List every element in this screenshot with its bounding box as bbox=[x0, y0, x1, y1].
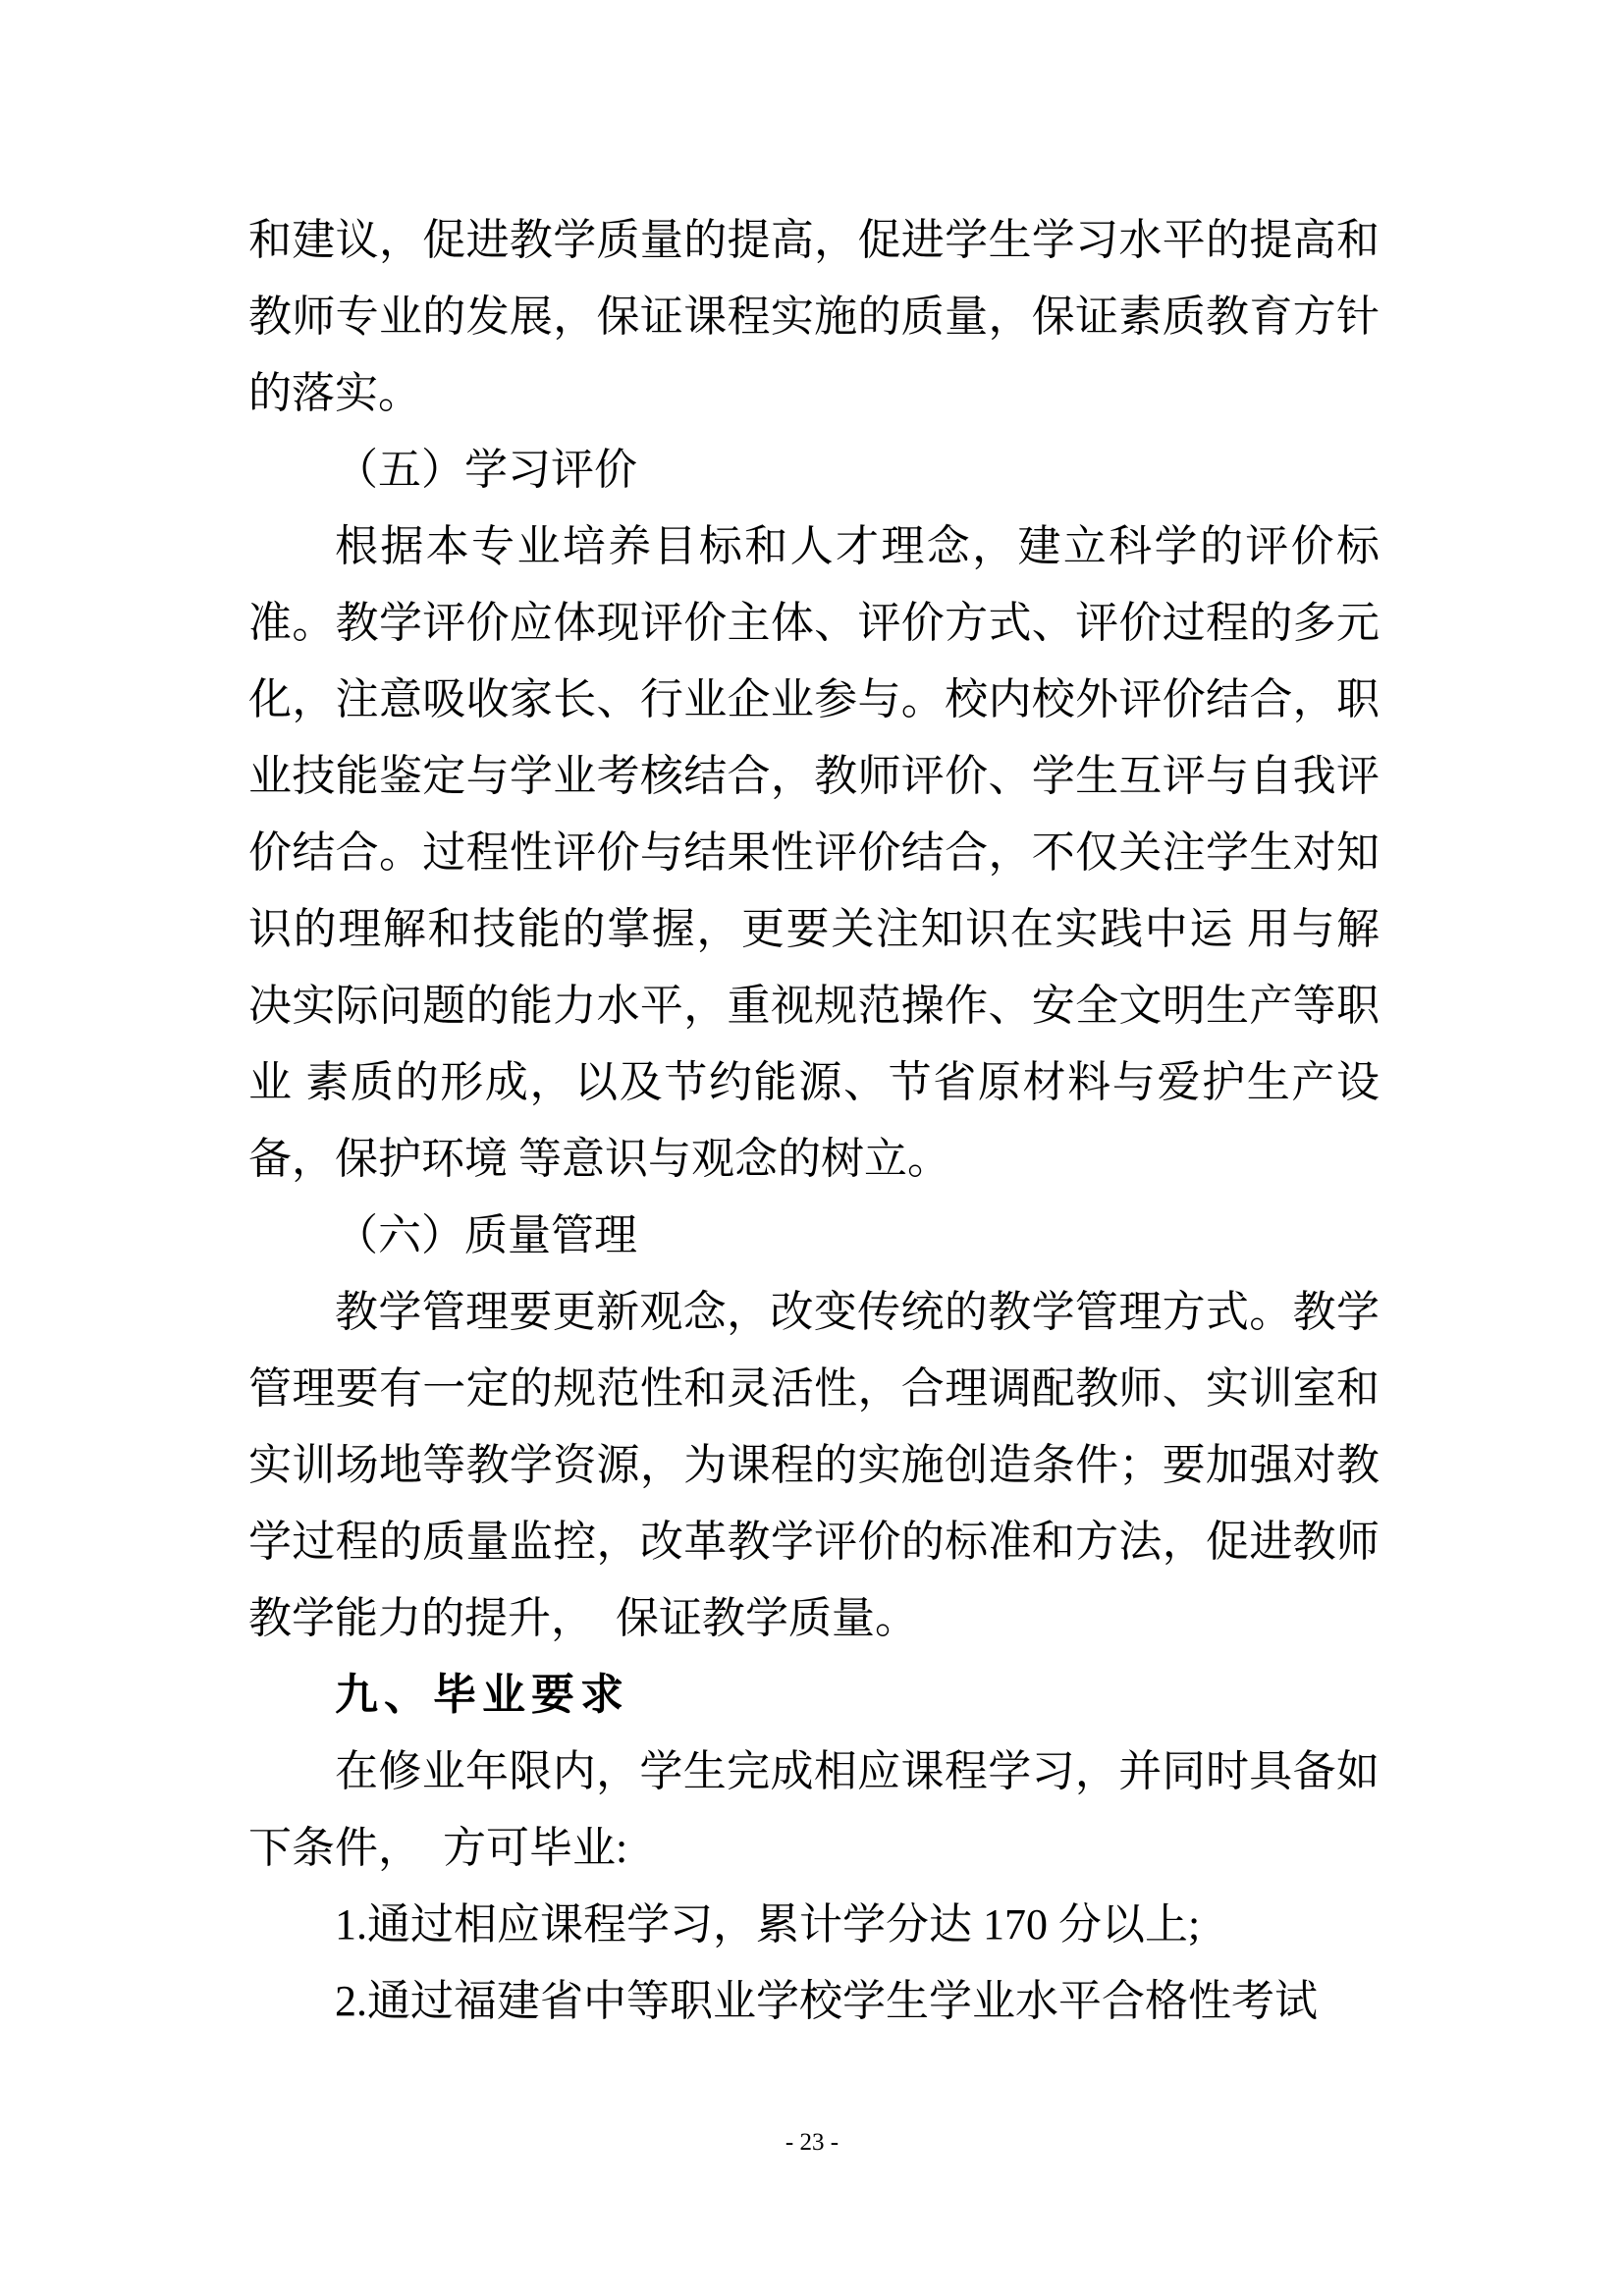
text-line: 管理要有一定的规范性和灵活性，合理调配教师、实训室和 bbox=[248, 1351, 1380, 1427]
text-line: （五）学习评价 bbox=[248, 432, 1380, 508]
text-line: 实训场地等教学资源，为课程的实施创造条件；要加强对教 bbox=[248, 1427, 1380, 1504]
text-line: 学过程的质量监控，改革教学评价的标准和方法，促进教师 bbox=[248, 1504, 1380, 1580]
text-line: 业 素质的形成，以及节约能源、节省原材料与爱护生产设 bbox=[248, 1044, 1380, 1121]
text-line: 1.通过相应课程学习，累计学分达 170 分以上; bbox=[248, 1887, 1380, 1963]
text-line: 价结合。过程性评价与结果性评价结合，不仅关注学生对知 bbox=[248, 815, 1380, 891]
text-line: 准。教学评价应体现评价主体、评价方式、评价过程的多元 bbox=[248, 585, 1380, 662]
page-number: - 23 - bbox=[0, 2128, 1624, 2158]
text-line: 决实际问题的能力水平，重视规范操作、安全文明生产等职 bbox=[248, 968, 1380, 1044]
section-heading-line: 九、毕业要求 bbox=[248, 1657, 1380, 1734]
text-line: 教学管理要更新观念，改变传统的教学管理方式。教学 bbox=[248, 1274, 1380, 1351]
text-line: 和建议，促进教学质量的提高，促进学生学习水平的提高和 bbox=[248, 202, 1380, 279]
text-line: 2.通过福建省中等职业学校学生学业水平合格性考试 bbox=[248, 1963, 1380, 2040]
text-line: 在修业年限内，学生完成相应课程学习，并同时具备如 bbox=[248, 1734, 1380, 1810]
text-line: 化，注意吸收家长、行业企业参与。校内校外评价结合，职 bbox=[248, 662, 1380, 738]
text-line: 识的理解和技能的掌握，更要关注知识在实践中运 用与解 bbox=[248, 891, 1380, 968]
document-body: 和建议，促进教学质量的提高，促进学生学习水平的提高和教师专业的发展，保证课程实施… bbox=[248, 202, 1380, 2040]
page: { "document": { "lines": [ { "text": "和建… bbox=[0, 0, 1624, 2296]
text-line: （六）质量管理 bbox=[248, 1198, 1380, 1274]
text-line: 的落实。 bbox=[248, 355, 1380, 432]
text-line: 根据本专业培养目标和人才理念，建立科学的评价标 bbox=[248, 508, 1380, 585]
text-line: 业技能鉴定与学业考核结合，教师评价、学生互评与自我评 bbox=[248, 738, 1380, 815]
text-line: 下条件， 方可毕业: bbox=[248, 1810, 1380, 1887]
text-line: 备，保护环境 等意识与观念的树立。 bbox=[248, 1121, 1380, 1198]
text-line: 教师专业的发展，保证课程实施的质量，保证素质教育方针 bbox=[248, 279, 1380, 355]
text-line: 教学能力的提升， 保证教学质量。 bbox=[248, 1580, 1380, 1657]
